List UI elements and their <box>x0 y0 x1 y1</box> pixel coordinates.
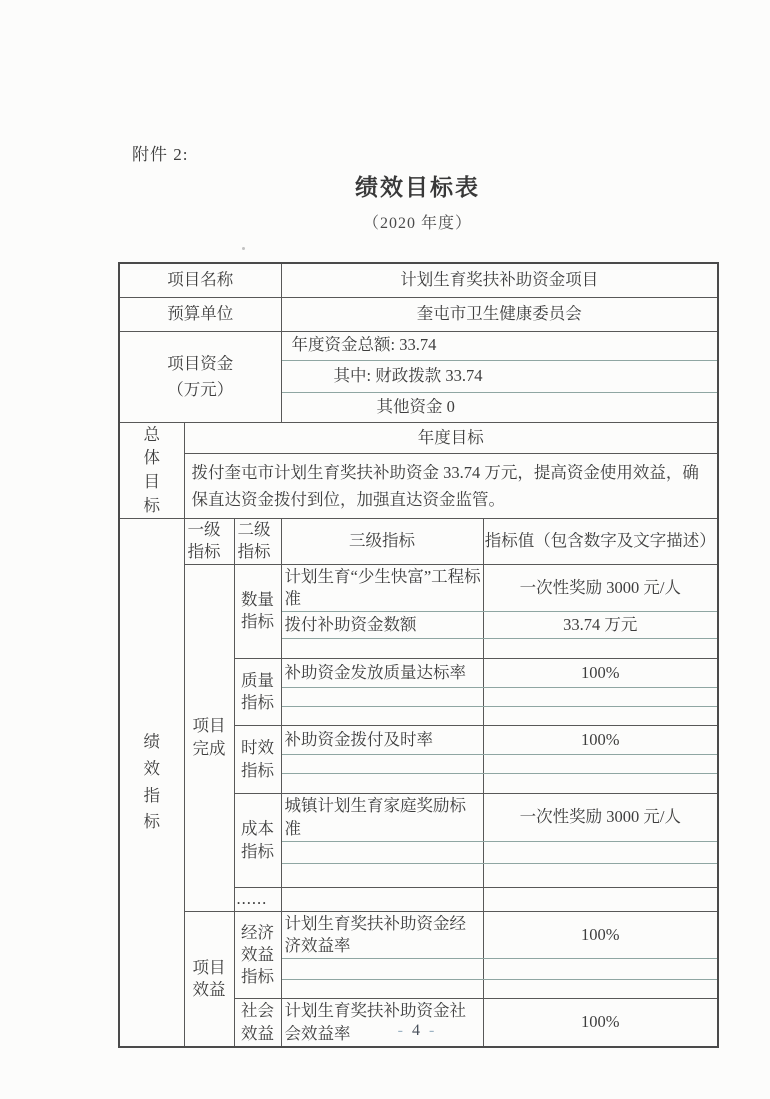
performance-indicators-label-text: 绩效指标 <box>142 729 161 836</box>
level2-cost: 成本指标 <box>234 794 281 888</box>
indicator-value: 100% <box>483 726 718 755</box>
overall-goal-label-text: 总体目标 <box>142 423 161 519</box>
overall-goal-label: 总体目标 <box>119 422 184 519</box>
empty-cell <box>483 639 718 659</box>
page-number-right-dash: - <box>429 1022 437 1039</box>
project-name-value: 计划生育奖扶补助资金项目 <box>281 263 718 297</box>
level2-economic: 经济效益指标 <box>234 911 281 999</box>
project-funds-label-text: 项目资金 （万元） <box>120 351 281 402</box>
empty-cell <box>281 841 483 863</box>
indicator-value: 一次性奖励 3000 元/人 <box>483 794 718 842</box>
empty-cell <box>483 774 718 794</box>
empty-cell <box>483 887 718 911</box>
empty-cell <box>281 959 483 980</box>
scan-speck <box>242 247 245 250</box>
table-row: 拨付奎屯市计划生育奖扶补助资金 33.74 万元，提高资金使用效益，确保直达资金… <box>119 454 718 519</box>
page-number-value: 4 <box>406 1022 429 1039</box>
indicator-name: 补助资金发放质量达标率 <box>281 659 483 688</box>
empty-cell <box>281 755 483 774</box>
empty-cell <box>281 887 483 911</box>
header-level1: 一级指标 <box>184 519 234 565</box>
indicator-value: 一次性奖励 3000 元/人 <box>483 564 718 612</box>
empty-cell <box>281 707 483 726</box>
indicator-name: 城镇计划生育家庭奖励标准 <box>281 794 483 842</box>
annual-goal-header: 年度目标 <box>184 422 718 454</box>
level2-ellipsis: ...... <box>234 887 281 911</box>
indicator-value: 100% <box>483 659 718 688</box>
header-level3: 三级指标 <box>281 519 483 565</box>
empty-cell <box>483 707 718 726</box>
annual-total-value: 年度资金总额: 33.74 <box>281 331 718 360</box>
empty-cell <box>483 841 718 863</box>
level2-timeliness: 时效指标 <box>234 726 281 794</box>
page-title: 绩效目标表 <box>118 169 717 202</box>
page-number-left-dash: - <box>398 1022 406 1039</box>
fiscal-allocation-value: 其中: 财政拨款 33.74 <box>281 360 718 392</box>
empty-cell <box>483 688 718 707</box>
level2-quality: 质量指标 <box>234 659 281 726</box>
performance-indicators-label: 绩效指标 <box>119 519 184 1047</box>
project-name-label: 项目名称 <box>119 263 281 297</box>
performance-target-table: 项目名称 计划生育奖扶补助资金项目 预算单位 奎屯市卫生健康委员会 项目资金 （… <box>118 262 719 1048</box>
table-row: 绩效指标 一级指标 二级指标 三级指标 指标值（包含数字及文字描述） <box>119 519 718 565</box>
level1-project-completion: 项目完成 <box>184 564 234 911</box>
other-funds-value: 其他资金 0 <box>281 392 718 422</box>
page-subtitle: （2020 年度） <box>118 210 717 233</box>
page-number: -4- <box>118 1022 717 1040</box>
table-row: 预算单位 奎屯市卫生健康委员会 <box>119 297 718 331</box>
document-page: 附件 2: 绩效目标表 （2020 年度） 项目名称 计划生育奖扶补助资金项目 … <box>0 0 770 1099</box>
table-row: 项目完成 数量指标 计划生育“少生快富”工程标准 一次性奖励 3000 元/人 <box>119 564 718 612</box>
empty-cell <box>483 755 718 774</box>
header-level2: 二级指标 <box>234 519 281 565</box>
empty-cell <box>281 639 483 659</box>
empty-cell <box>281 863 483 887</box>
header-indicator-value: 指标值（包含数字及文字描述） <box>483 519 718 565</box>
attachment-label: 附件 2: <box>132 140 188 165</box>
empty-cell <box>281 774 483 794</box>
indicator-value: 100% <box>483 911 718 959</box>
level2-quantity: 数量指标 <box>234 564 281 659</box>
table-row: 项目名称 计划生育奖扶补助资金项目 <box>119 263 718 297</box>
budget-unit-label: 预算单位 <box>119 297 281 331</box>
budget-unit-value: 奎屯市卫生健康委员会 <box>281 297 718 331</box>
indicator-name: 拨付补助资金数额 <box>281 612 483 639</box>
table-row: 项目资金 （万元） 年度资金总额: 33.74 <box>119 331 718 360</box>
indicator-name: 计划生育“少生快富”工程标准 <box>281 564 483 612</box>
empty-cell <box>281 980 483 999</box>
table-row: 项目效益 经济效益指标 计划生育奖扶补助资金经济效益率 100% <box>119 911 718 959</box>
empty-cell <box>483 863 718 887</box>
indicator-name: 计划生育奖扶补助资金经济效益率 <box>281 911 483 959</box>
project-funds-label: 项目资金 （万元） <box>119 331 281 422</box>
empty-cell <box>483 959 718 980</box>
annual-goal-content: 拨付奎屯市计划生育奖扶补助资金 33.74 万元，提高资金使用效益，确保直达资金… <box>184 454 718 519</box>
indicator-name: 补助资金拨付及时率 <box>281 726 483 755</box>
table-row: 总体目标 年度目标 <box>119 422 718 454</box>
empty-cell <box>483 980 718 999</box>
empty-cell <box>281 688 483 707</box>
indicator-value: 33.74 万元 <box>483 612 718 639</box>
